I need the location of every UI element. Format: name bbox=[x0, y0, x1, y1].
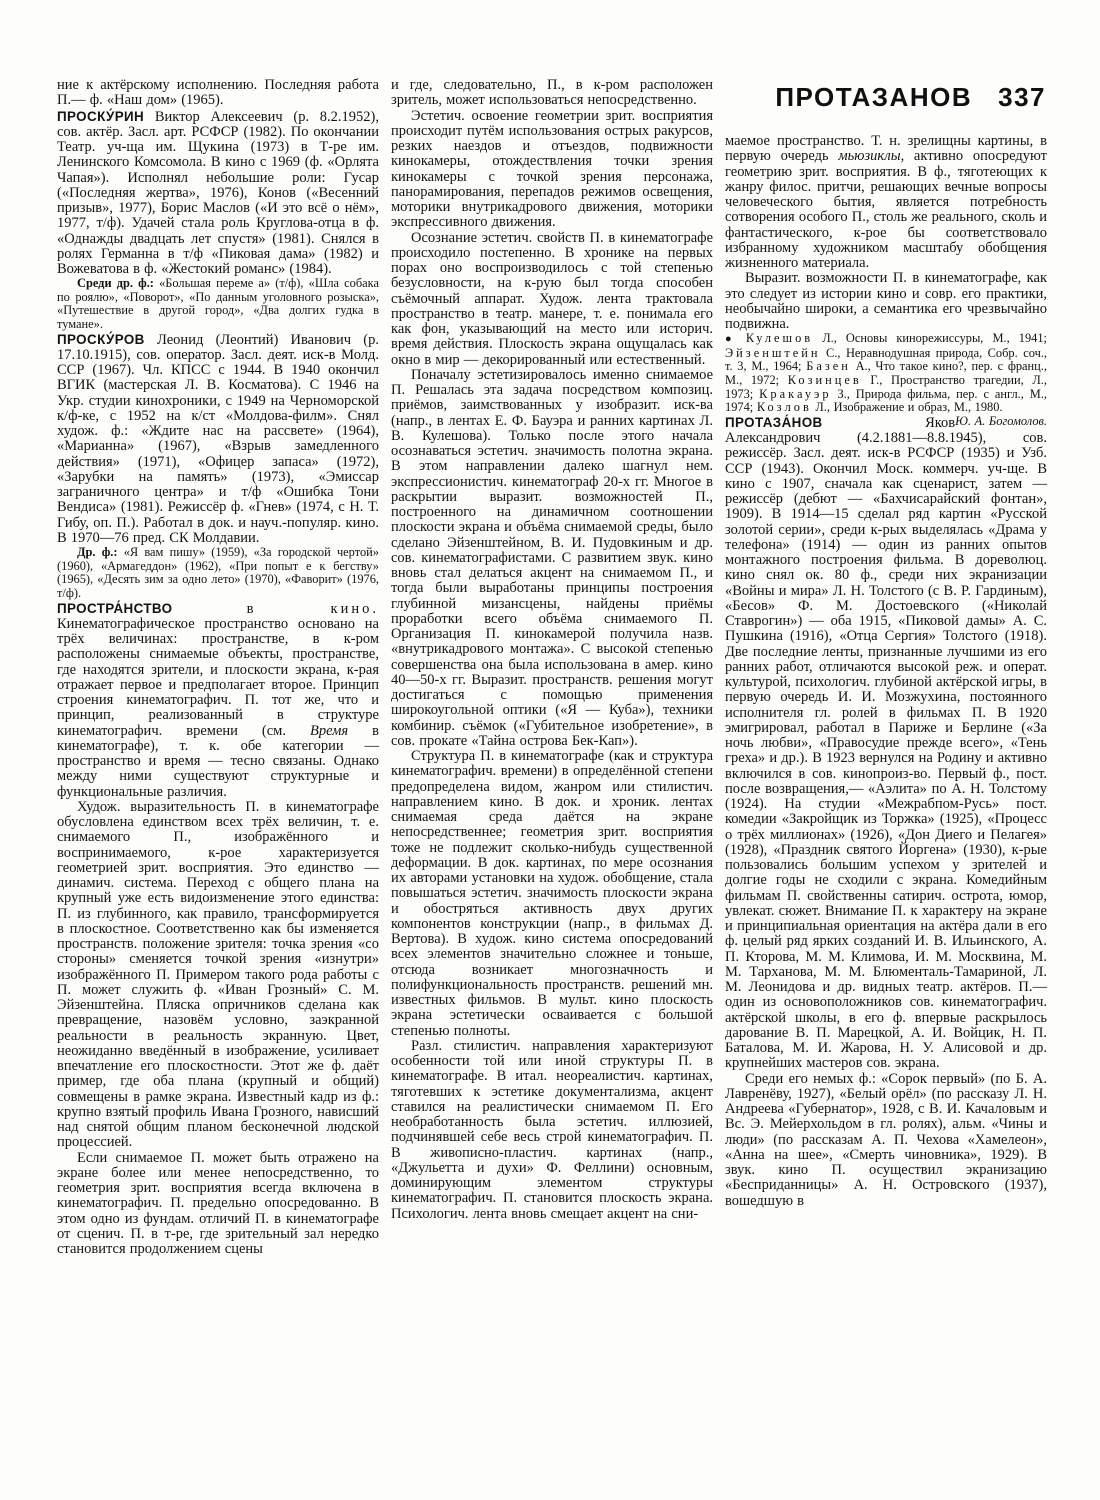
author-signature: Ю. А. Богомолов. bbox=[955, 415, 1047, 429]
letterspaced-text: в кино. bbox=[172, 601, 379, 617]
paragraph: ние к актёрскому исполнению. Последняя р… bbox=[57, 78, 379, 109]
text-column-2: и где, следовательно, П., в к-ром распол… bbox=[391, 78, 713, 1257]
text-run: Осознание эстетич. свойств П. в кинемато… bbox=[391, 230, 713, 368]
text-column-3: маемое пространство. Т. н. зрелищны карт… bbox=[725, 78, 1047, 1257]
letterspaced-text: Базен bbox=[806, 359, 851, 373]
entry-paragraph: ПРОСТРА́НСТВО в кино. Кинематографическо… bbox=[57, 601, 379, 800]
paragraph: Структура П. в кинематографе (как и стру… bbox=[391, 749, 713, 1039]
paragraph: Поначалу эстетизировалось именно снимаем… bbox=[391, 368, 713, 749]
text-run: Среди его немых ф.: «Сорок первый» (по Б… bbox=[725, 1071, 1047, 1209]
text-column-1: ние к актёрскому исполнению. Последняя р… bbox=[57, 78, 379, 1257]
paragraph: и где, следовательно, П., в к-ром распол… bbox=[391, 78, 713, 109]
text-run: Л., Основы кинорежиссуры, М., 1941; bbox=[813, 331, 1047, 345]
text-run: , активно опосредуют геометрию зрит. вос… bbox=[725, 148, 1047, 271]
text-run: Яков Александрович (4.2.1881—8.8.1945), … bbox=[725, 415, 1047, 1072]
letterspaced-text: Эйзенштейн bbox=[725, 346, 821, 360]
letterspaced-text: Козлов bbox=[757, 400, 812, 414]
bibliography-bullet: ● bbox=[725, 333, 746, 345]
text-run: Структура П. в кинематографе (как и стру… bbox=[391, 748, 713, 1039]
bold-lead: Среди др. ф.: bbox=[77, 276, 154, 290]
paragraph: маемое пространство. Т. н. зрелищны карт… bbox=[725, 134, 1047, 271]
text-run: ние к актёрскому исполнению. Последняя р… bbox=[57, 77, 379, 108]
text-run: Виктор Алексеевич (р. 8.2.1952), сов. ак… bbox=[57, 109, 379, 278]
paragraph: Если снимаемое П. может быть отражено на… bbox=[57, 1151, 379, 1258]
running-head-page-number: 337 bbox=[998, 82, 1046, 113]
entry-headword: ПРОСКУ́РОВ bbox=[57, 332, 145, 347]
paragraph: Выразит. возможности П. в кинематографе,… bbox=[725, 271, 1047, 332]
columns: ние к актёрскому исполнению. Последняя р… bbox=[57, 78, 1043, 1257]
text-run: и где, следовательно, П., в к-ром распол… bbox=[391, 77, 713, 108]
paragraph: Эстетич. освоение геометрии зрит. воспри… bbox=[391, 109, 713, 231]
text-run: Леонид (Леонтий) Иванович (р. 17.10.1915… bbox=[57, 332, 379, 546]
text-run: Выразит. возможности П. в кинематографе,… bbox=[725, 270, 1047, 332]
text-run: Разл. стилистич. направления характеризу… bbox=[391, 1038, 713, 1222]
entry-paragraph: ПРОСКУ́РИН Виктор Алексеевич (р. 8.2.195… bbox=[57, 109, 379, 278]
entry-headword: ПРОТАЗА́НОВ bbox=[725, 415, 823, 430]
text-run: Если снимаемое П. может быть отражено на… bbox=[57, 1150, 379, 1258]
filmography-note: Др. ф.: «Я вам пишу» (1959), «За городск… bbox=[57, 546, 379, 600]
text-run: Эстетич. освоение геометрии зрит. воспри… bbox=[391, 108, 713, 231]
running-head: ПРОТАЗАНОВ 337 bbox=[725, 82, 1046, 113]
paragraph: Среди его немых ф.: «Сорок первый» (по Б… bbox=[725, 1072, 1047, 1209]
paragraph: Осознание эстетич. свойств П. в кинемато… bbox=[391, 231, 713, 368]
letterspaced-text: Козинцев bbox=[788, 373, 862, 387]
entry-headword: ПРОСКУ́РИН bbox=[57, 109, 144, 124]
letterspaced-text: Кракауэр bbox=[759, 387, 831, 401]
text-run: Поначалу эстетизировалось именно снимаем… bbox=[391, 367, 713, 749]
italic-text: Время bbox=[310, 723, 348, 739]
running-head-title: ПРОТАЗАНОВ bbox=[775, 82, 972, 113]
italic-text: мьюзиклы bbox=[838, 148, 900, 164]
letterspaced-text: Кулешов bbox=[746, 331, 813, 345]
entry-paragraph: ПРОТАЗА́НОВ Яков Александрович (4.2.1881… bbox=[725, 415, 1047, 1072]
bold-lead: Др. ф.: bbox=[77, 545, 118, 559]
encyclopedia-page: ПРОТАЗАНОВ 337 ние к актёрскому исполнен… bbox=[0, 0, 1100, 1500]
text-run: Худож. выразительность П. в кинематограф… bbox=[57, 799, 379, 1151]
bibliography: ● Кулешов Л., Основы кинорежиссуры, М., … bbox=[725, 332, 1047, 415]
filmography-note: Среди др. ф.: «Большая переме а» (т/ф), … bbox=[57, 277, 379, 331]
paragraph: Худож. выразительность П. в кинематограф… bbox=[57, 800, 379, 1151]
paragraph: Разл. стилистич. направления характеризу… bbox=[391, 1039, 713, 1222]
text-run: Кинематографическое пространство основан… bbox=[57, 616, 379, 739]
text-run: Л., Изображение и образ, М., 1980. bbox=[812, 400, 1003, 414]
entry-paragraph: ПРОСКУ́РОВ Леонид (Леонтий) Иванович (р.… bbox=[57, 332, 379, 547]
entry-headword: ПРОСТРА́НСТВО bbox=[57, 601, 172, 616]
